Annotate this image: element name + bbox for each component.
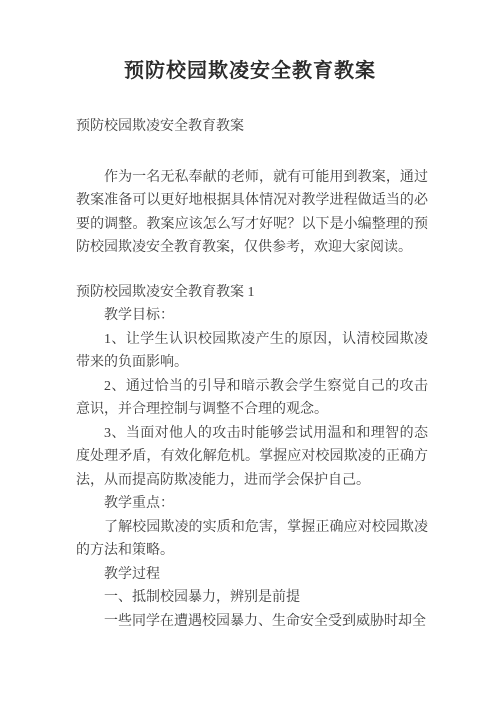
paragraph-teaching-focus: 了解校园欺凌的实质和危害，掌握正确应对校园欺凌的方法和策略。: [76, 516, 428, 563]
paragraph-teaching-process-label: 教学过程: [76, 563, 428, 587]
paragraph-goal-3: 3、当面对他人的攻击时能够尝试用温和和理智的态度处理矛盾，有效化解危机。掌握应对…: [76, 422, 428, 493]
document-subtitle: 预防校园欺凌安全教育教案: [76, 115, 428, 139]
document-title: 预防校园欺凌安全教育教案: [0, 56, 500, 86]
paragraph-goal-1: 1、让学生认识校园欺凌产生的原因，认清校园欺凌带来的负面影响。: [76, 328, 428, 375]
paragraph-teaching-focus-label: 教学重点：: [76, 492, 428, 516]
paragraph-teaching-goals-label: 教学目标：: [76, 304, 428, 328]
section-heading: 预防校园欺凌安全教育教案 1: [76, 281, 428, 305]
paragraph-section-one-body-truncated: 一些同学在遭遇校园暴力、生命安全受到威胁时却全: [76, 610, 428, 634]
intro-paragraph: 作为一名无私奉献的老师，就有可能用到教案，通过教案准备可以更好地根据具体情况对教…: [76, 166, 428, 260]
paragraph-goal-2: 2、通过恰当的引导和暗示教会学生察觉自己的攻击意识，并合理控制与调整不合理的观念…: [76, 375, 428, 422]
document-page: 预防校园欺凌安全教育教案 预防校园欺凌安全教育教案 作为一名无私奉献的老师，就有…: [0, 0, 500, 707]
document-body: 预防校园欺凌安全教育教案 作为一名无私奉献的老师，就有可能用到教案，通过教案准备…: [76, 115, 428, 633]
paragraph-section-one-heading: 一、抵制校园暴力，辨别是前提: [76, 586, 428, 610]
